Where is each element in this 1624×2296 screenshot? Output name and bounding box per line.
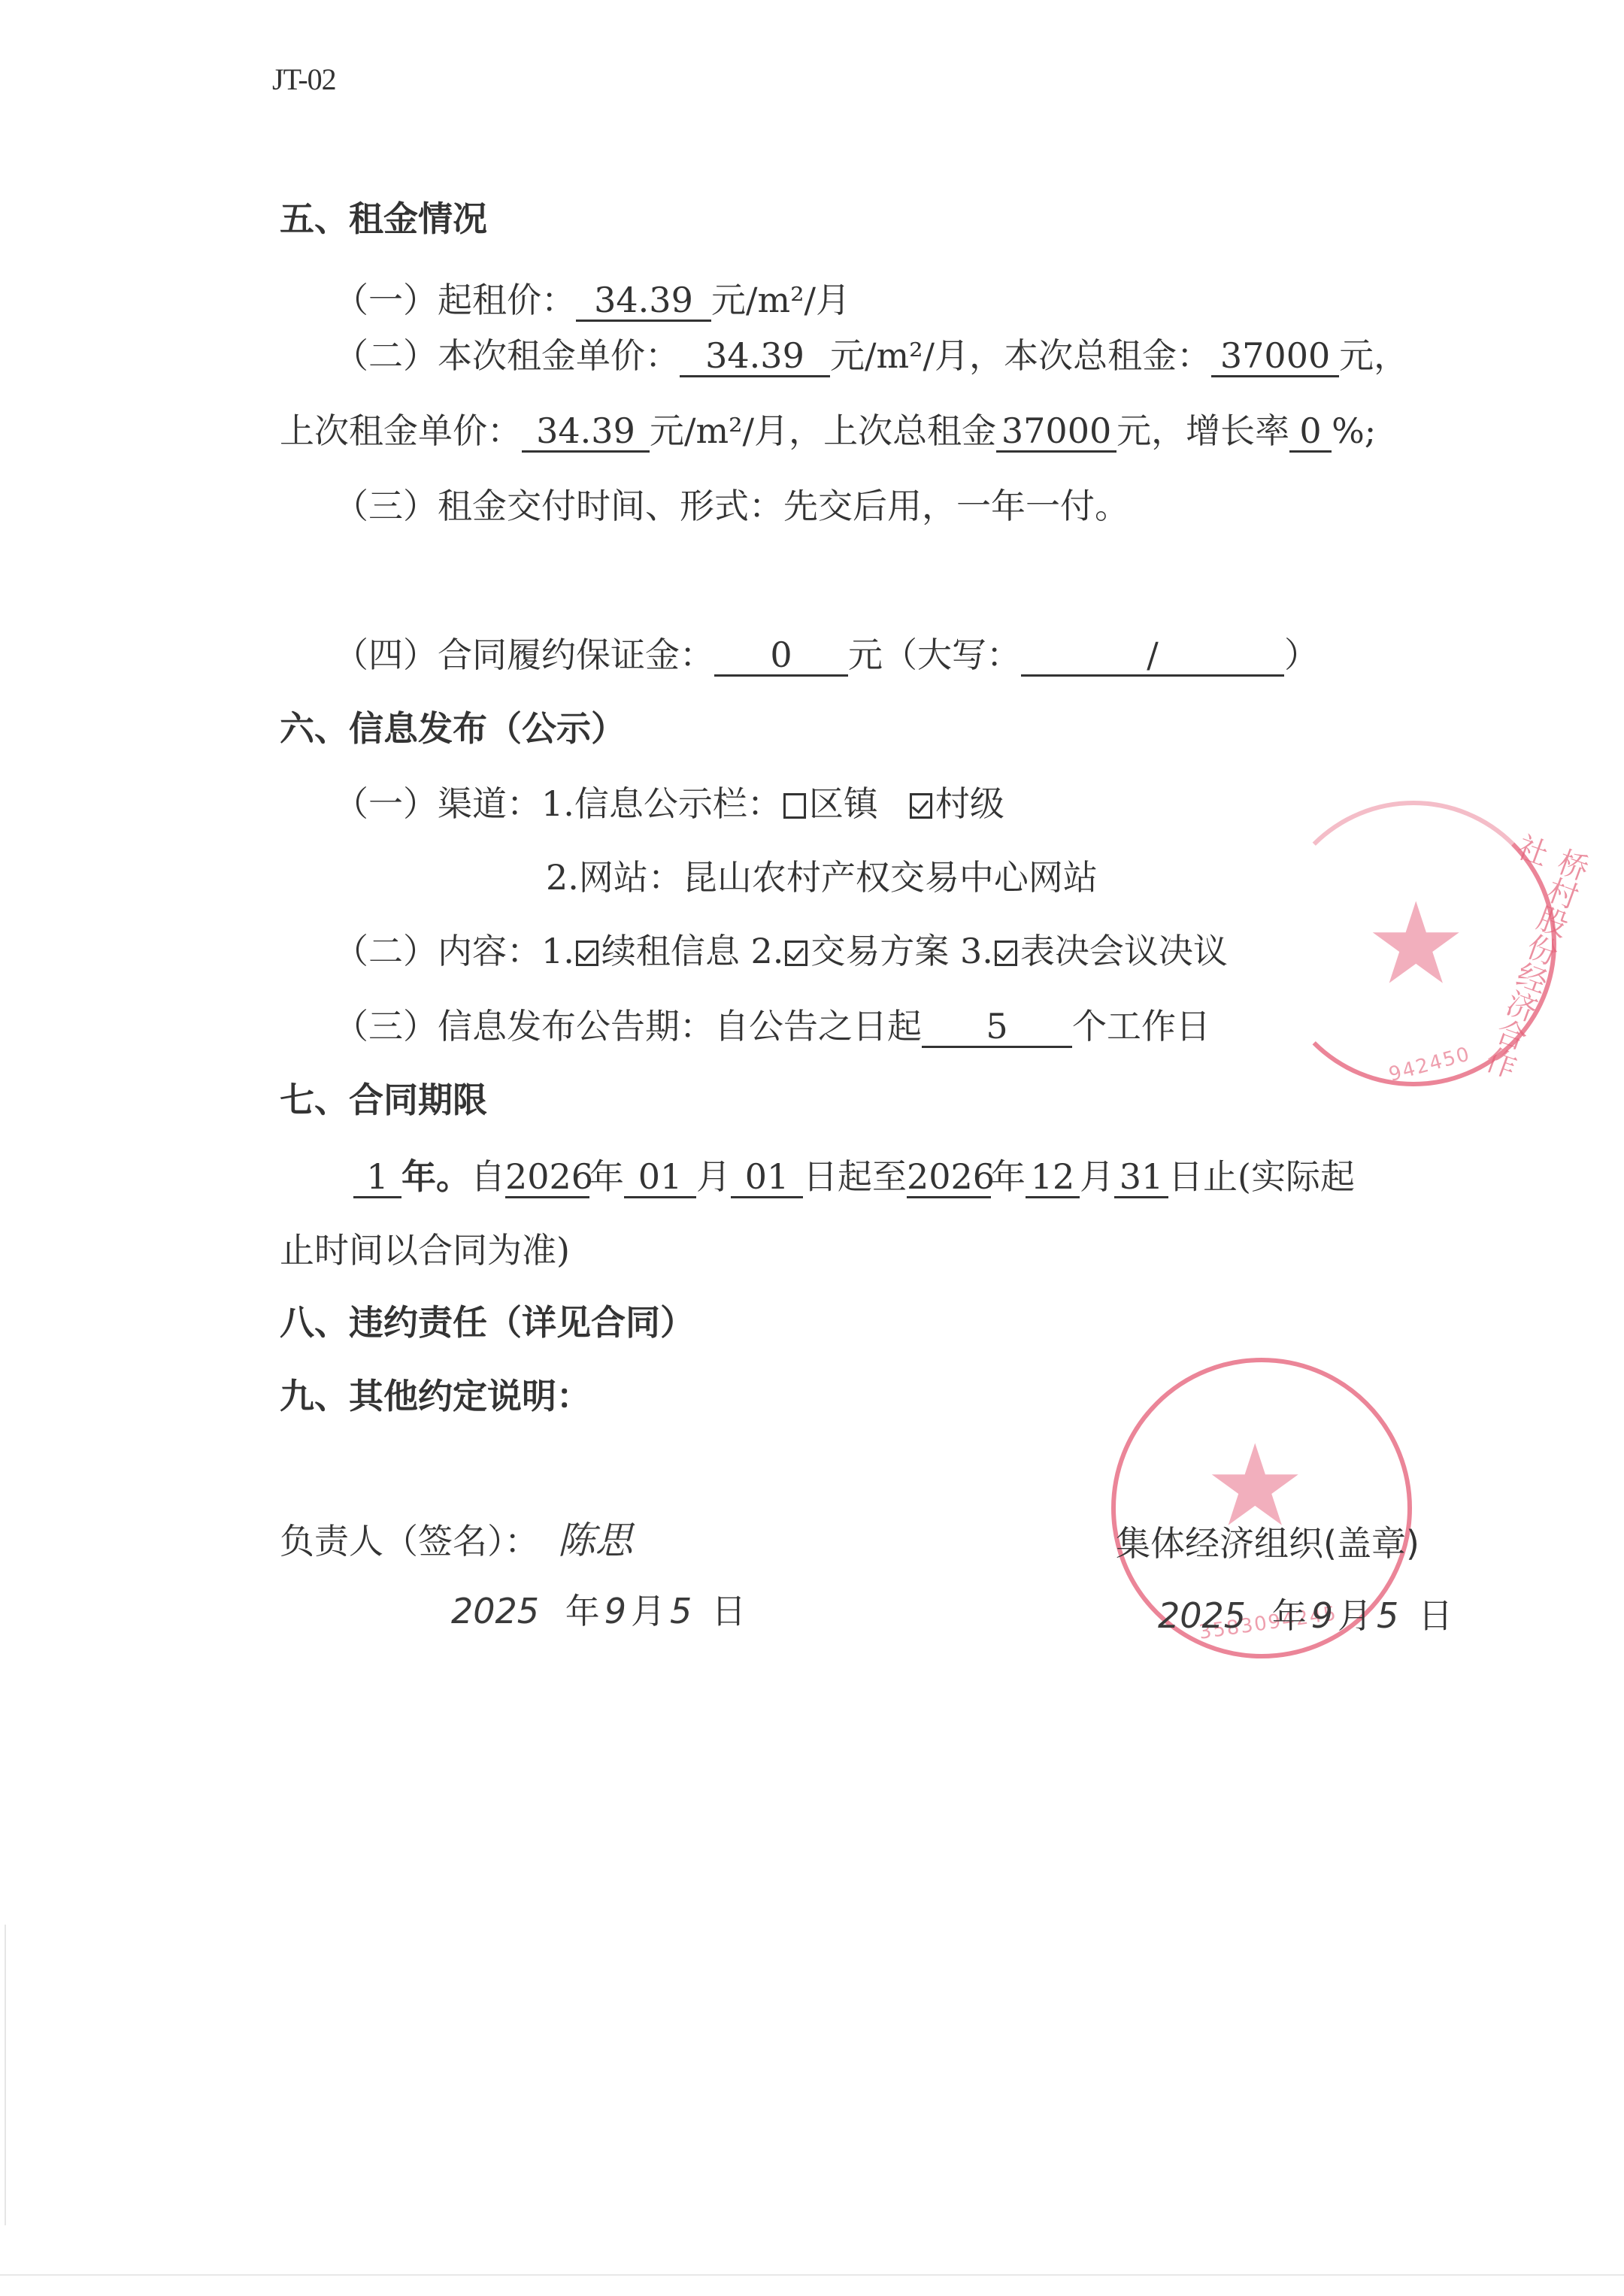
signer-day-char: 日 bbox=[711, 1591, 746, 1631]
growth-rate-unit: %; bbox=[1332, 410, 1376, 451]
end-month-char: 月 bbox=[1080, 1156, 1114, 1197]
current-total-label: 本次总租金： bbox=[1004, 335, 1211, 376]
checkbox-village[interactable] bbox=[910, 793, 932, 819]
current-unit-price-unit: 元/m²/月， bbox=[830, 335, 1004, 376]
growth-rate-label: 增长率 bbox=[1186, 410, 1289, 451]
org-date-year: 2025 bbox=[1158, 1595, 1246, 1636]
content-label: （二）内容： bbox=[334, 931, 541, 971]
start-rent-line: （一）起租价：34.39元/m²/月 bbox=[334, 281, 850, 322]
content-option1-label: 续租信息 bbox=[601, 931, 740, 971]
prev-total-label: 上次总租金 bbox=[823, 410, 996, 451]
deposit-value: 0 bbox=[714, 636, 848, 677]
checkbox-meeting-resolution[interactable] bbox=[995, 941, 1017, 966]
start-month: 01 bbox=[624, 1158, 696, 1198]
handwritten-signature: 陈思 bbox=[558, 1519, 633, 1562]
signer-date-day: 5 bbox=[670, 1591, 692, 1631]
checkbox-trade-plan[interactable] bbox=[785, 941, 807, 966]
start-month-char: 月 bbox=[696, 1156, 731, 1197]
section6-heading: 六、信息发布（公示） bbox=[280, 711, 626, 746]
org-date: 2025 年9月5日 bbox=[1158, 1598, 1453, 1633]
payment-terms: （三）租金交付时间、形式：先交后用，一年一付。 bbox=[334, 489, 1129, 523]
growth-rate-value: 0 bbox=[1289, 412, 1332, 453]
start-year-char: 年 bbox=[589, 1156, 624, 1197]
start-rent-unit: 元/m²/月 bbox=[711, 280, 850, 320]
content-option2-label: 交易方案 bbox=[810, 931, 949, 971]
content-line: （二）内容：1.续租信息 2.交易方案 3.表决会议决议 bbox=[334, 934, 1228, 968]
notice-period-unit: 个工作日 bbox=[1072, 1006, 1210, 1047]
prev-unit-price-label: 上次租金单价： bbox=[280, 410, 522, 451]
signer-month-char: 月 bbox=[631, 1591, 665, 1631]
notice-period-value: 5 bbox=[922, 1007, 1072, 1048]
current-rent-line: （二）本次租金单价：34.39元/m²/月，本次总租金：37000元， bbox=[334, 337, 1408, 377]
notice-period-line: （三）信息发布公告期：自公告之日起5个工作日 bbox=[334, 1007, 1210, 1048]
term-from-label: 自 bbox=[471, 1156, 505, 1197]
term-tail-cont: 止时间以合同为准) bbox=[280, 1233, 570, 1268]
section7-heading: 七、合同期限 bbox=[280, 1083, 487, 1117]
doc-code: JT-02 bbox=[272, 62, 336, 97]
end-month: 12 bbox=[1026, 1158, 1080, 1198]
channel-label: （一）渠道： bbox=[334, 783, 541, 824]
deposit-label: （四）合同履约保证金： bbox=[334, 635, 714, 675]
org-day-char: 日 bbox=[1418, 1595, 1453, 1636]
website-line: 2.网站：昆山农村产权交易中心网站 bbox=[546, 860, 1098, 895]
term-line: 1年。自2026年01月01日起至2026年12月31日止(实际起 bbox=[353, 1158, 1355, 1198]
org-seal-label: 集体经济组织(盖章) bbox=[1116, 1526, 1419, 1561]
option-town-label: 区镇 bbox=[809, 783, 878, 824]
start-year: 2026 bbox=[505, 1158, 589, 1198]
end-year-char: 年 bbox=[991, 1156, 1026, 1197]
content-option3-prefix: 3. bbox=[960, 931, 993, 971]
option-village-label: 村级 bbox=[935, 783, 1004, 824]
term-years-unit: 年。 bbox=[401, 1156, 471, 1197]
current-unit-price-value: 34.39 bbox=[680, 337, 830, 377]
previous-rent-line: 上次租金单价：34.39元/m²/月，上次总租金37000元，增长率0%; bbox=[280, 412, 1376, 453]
org-date-month: 9 bbox=[1311, 1595, 1333, 1636]
term-to-label: 日起至 bbox=[803, 1156, 907, 1197]
section8-heading: 八、违约责任（详见合同） bbox=[280, 1305, 695, 1340]
signer-date-year: 2025 bbox=[451, 1591, 539, 1631]
channel-line: （一）渠道：1.信息公示栏：区镇村级 bbox=[334, 786, 1004, 821]
deposit-unit: 元（大写： bbox=[848, 635, 1021, 675]
prev-total-unit: 元， bbox=[1116, 410, 1186, 451]
org-date-day: 5 bbox=[1377, 1595, 1398, 1636]
content-option2-prefix: 2. bbox=[751, 931, 784, 971]
content-option1-prefix: 1. bbox=[541, 931, 574, 971]
signer-line: 负责人（签名）： 陈思 bbox=[280, 1522, 633, 1559]
section5-heading: 五、租金情况 bbox=[280, 201, 487, 236]
end-day: 31 bbox=[1114, 1158, 1168, 1198]
signer-date: 2025 年9月5日 bbox=[451, 1594, 746, 1628]
signer-date-month: 9 bbox=[604, 1591, 626, 1631]
notice-period-label: （三）信息发布公告期：自公告之日起 bbox=[334, 1006, 922, 1047]
current-total-unit: 元， bbox=[1339, 335, 1408, 376]
section9-heading: 九、其他约定说明： bbox=[280, 1379, 591, 1413]
scan-edge-left bbox=[5, 1925, 6, 2225]
deposit-uppercase-value: / bbox=[1021, 636, 1284, 677]
content-option3-label: 表决会议决议 bbox=[1020, 931, 1228, 971]
term-years-value: 1 bbox=[353, 1158, 401, 1198]
signer-label: 负责人（签名）： bbox=[280, 1521, 539, 1561]
notice-board-label: 1.信息公示栏： bbox=[541, 783, 782, 824]
seal-text: 桥村股份经济合作社 bbox=[1352, 798, 1597, 1083]
scan-edge-bottom bbox=[0, 2274, 1624, 2276]
deposit-close: ） bbox=[1284, 635, 1319, 675]
checkbox-renewal-info[interactable] bbox=[576, 941, 598, 966]
current-total-value: 37000 bbox=[1211, 337, 1339, 377]
current-unit-price-label: （二）本次租金单价： bbox=[334, 335, 680, 376]
prev-unit-price-unit: 元/m²/月， bbox=[650, 410, 823, 451]
org-month-char: 月 bbox=[1338, 1595, 1372, 1636]
start-day: 01 bbox=[731, 1158, 803, 1198]
term-tail: 日止(实际起 bbox=[1168, 1156, 1355, 1197]
checkbox-town[interactable] bbox=[783, 793, 806, 819]
end-year: 2026 bbox=[907, 1158, 991, 1198]
start-rent-value: 34.39 bbox=[576, 281, 711, 322]
document-page: JT-02 五、租金情况 （一）起租价：34.39元/m²/月 （二）本次租金单… bbox=[0, 0, 1624, 2296]
org-year-char: 年 bbox=[1272, 1595, 1307, 1636]
signer-year-char: 年 bbox=[565, 1591, 600, 1631]
prev-total-value: 37000 bbox=[996, 412, 1116, 453]
start-rent-label: （一）起租价： bbox=[334, 280, 576, 320]
prev-unit-price-value: 34.39 bbox=[522, 412, 650, 453]
official-seal-top: ★ 桥村股份经济合作社 942450 bbox=[1271, 801, 1556, 1086]
deposit-line: （四）合同履约保证金：0元（大写：/） bbox=[334, 636, 1319, 677]
